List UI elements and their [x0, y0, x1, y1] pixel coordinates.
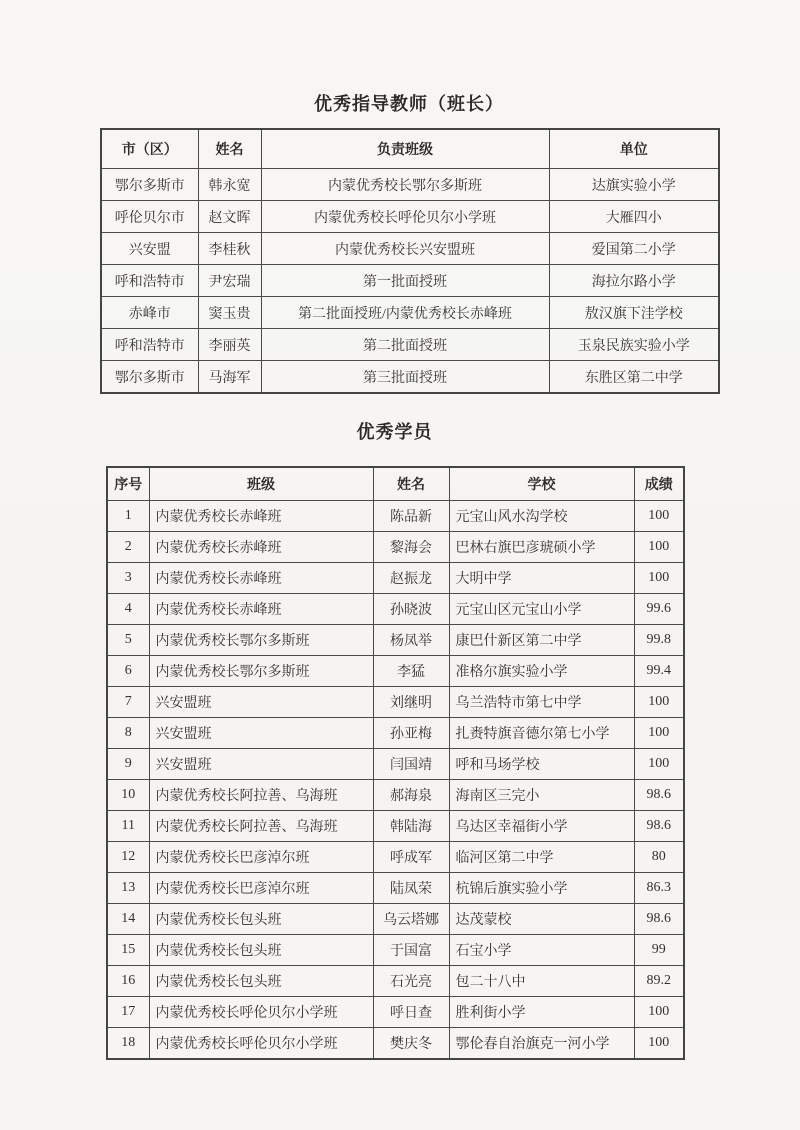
table-cell: 80	[634, 842, 684, 873]
table-cell: 大雁四小	[549, 201, 719, 233]
table-cell: 内蒙优秀校长赤峰班	[149, 594, 373, 625]
table-cell: 13	[107, 873, 149, 904]
table-cell: 9	[107, 749, 149, 780]
table-cell: 100	[634, 718, 684, 749]
table-cell: 元宝山风水沟学校	[449, 501, 634, 532]
header-cell: 市（区）	[101, 129, 198, 169]
table-cell: 1	[107, 501, 149, 532]
table-cell: 鄂尔多斯市	[101, 361, 198, 394]
table-cell: 99	[634, 935, 684, 966]
table-cell: 内蒙优秀校长呼伦贝尔小学班	[149, 1028, 373, 1060]
table-cell: 内蒙优秀校长巴彦淖尔班	[149, 842, 373, 873]
table-cell: 12	[107, 842, 149, 873]
table-row: 11内蒙优秀校长阿拉善、乌海班韩陆海乌达区幸福街小学98.6	[107, 811, 684, 842]
table-cell: 胜利街小学	[449, 997, 634, 1028]
table-cell: 呼伦贝尔市	[101, 201, 198, 233]
table-cell: 100	[634, 749, 684, 780]
table-cell: 爱国第二小学	[549, 233, 719, 265]
table-cell: 黎海会	[373, 532, 449, 563]
table-row: 14内蒙优秀校长包头班乌云塔娜达茂蒙校98.6	[107, 904, 684, 935]
table-cell: 呼和马场学校	[449, 749, 634, 780]
table-cell: 乌云塔娜	[373, 904, 449, 935]
table-row: 9兴安盟班闫国靖呼和马场学校100	[107, 749, 684, 780]
table-cell: 98.6	[634, 780, 684, 811]
table-cell: 10	[107, 780, 149, 811]
table-cell: 呼和浩特市	[101, 329, 198, 361]
header-cell: 姓名	[373, 467, 449, 501]
table-row: 16内蒙优秀校长包头班石光亮包二十八中89.2	[107, 966, 684, 997]
table-cell: 杨凤举	[373, 625, 449, 656]
table-cell: 99.8	[634, 625, 684, 656]
table-cell: 呼和浩特市	[101, 265, 198, 297]
table-cell: 兴安盟班	[149, 687, 373, 718]
table-cell: 陆凤荣	[373, 873, 449, 904]
table-row: 5内蒙优秀校长鄂尔多斯班杨凤举康巴什新区第二中学99.8	[107, 625, 684, 656]
table-cell: 包二十八中	[449, 966, 634, 997]
table-cell: 陈品新	[373, 501, 449, 532]
table-cell: 鄂尔多斯市	[101, 169, 198, 201]
table-cell: 99.6	[634, 594, 684, 625]
table-cell: 兴安盟班	[149, 718, 373, 749]
table-cell: 内蒙优秀校长阿拉善、乌海班	[149, 811, 373, 842]
table-cell: 准格尔旗实验小学	[449, 656, 634, 687]
table-cell: 内蒙优秀校长包头班	[149, 904, 373, 935]
table-cell: 韩永宽	[198, 169, 261, 201]
table-cell: 14	[107, 904, 149, 935]
teachers-table: 市（区）姓名负责班级单位鄂尔多斯市韩永宽内蒙优秀校长鄂尔多斯班达旗实验小学呼伦贝…	[100, 128, 720, 394]
table-cell: 100	[634, 1028, 684, 1060]
table-row: 6内蒙优秀校长鄂尔多斯班李猛准格尔旗实验小学99.4	[107, 656, 684, 687]
table-row: 18内蒙优秀校长呼伦贝尔小学班樊庆冬鄂伦春自治旗克一河小学100	[107, 1028, 684, 1060]
table-cell: 5	[107, 625, 149, 656]
table-cell: 4	[107, 594, 149, 625]
students-section-title: 优秀学员	[106, 418, 683, 444]
table-cell: 乌达区幸福街小学	[449, 811, 634, 842]
scanned-document-page: 优秀指导教师（班长） 市（区）姓名负责班级单位鄂尔多斯市韩永宽内蒙优秀校长鄂尔多…	[0, 0, 800, 1130]
table-cell: 3	[107, 563, 149, 594]
table-cell: 内蒙优秀校长阿拉善、乌海班	[149, 780, 373, 811]
table-cell: 兴安盟班	[149, 749, 373, 780]
table-cell: 李猛	[373, 656, 449, 687]
table-cell: 第二批面授班	[261, 329, 549, 361]
table-cell: 赤峰市	[101, 297, 198, 329]
table-cell: 86.3	[634, 873, 684, 904]
table-cell: 李丽英	[198, 329, 261, 361]
table-cell: 海南区三完小	[449, 780, 634, 811]
table-row: 呼伦贝尔市赵文晖内蒙优秀校长呼伦贝尔小学班大雁四小	[101, 201, 719, 233]
table-row: 10内蒙优秀校长阿拉善、乌海班郝海泉海南区三完小98.6	[107, 780, 684, 811]
table-cell: 16	[107, 966, 149, 997]
table-row: 8兴安盟班孙亚梅扎赉特旗音德尔第七小学100	[107, 718, 684, 749]
table-cell: 孙晓波	[373, 594, 449, 625]
table-cell: 刘继明	[373, 687, 449, 718]
table-cell: 100	[634, 501, 684, 532]
table-row: 7兴安盟班刘继明乌兰浩特市第七中学100	[107, 687, 684, 718]
header-cell: 单位	[549, 129, 719, 169]
table-cell: 内蒙优秀校长巴彦淖尔班	[149, 873, 373, 904]
table-cell: 闫国靖	[373, 749, 449, 780]
table-cell: 7	[107, 687, 149, 718]
table-cell: 赵文晖	[198, 201, 261, 233]
table-row: 3内蒙优秀校长赤峰班赵振龙大明中学100	[107, 563, 684, 594]
header-row: 市（区）姓名负责班级单位	[101, 129, 719, 169]
header-cell: 学校	[449, 467, 634, 501]
table-cell: 18	[107, 1028, 149, 1060]
table-cell: 杭锦后旗实验小学	[449, 873, 634, 904]
table-cell: 康巴什新区第二中学	[449, 625, 634, 656]
table-row: 4内蒙优秀校长赤峰班孙晓波元宝山区元宝山小学99.6	[107, 594, 684, 625]
table-row: 鄂尔多斯市韩永宽内蒙优秀校长鄂尔多斯班达旗实验小学	[101, 169, 719, 201]
table-row: 呼和浩特市李丽英第二批面授班玉泉民族实验小学	[101, 329, 719, 361]
teachers-section-title: 优秀指导教师（班长）	[100, 90, 718, 116]
table-cell: 元宝山区元宝山小学	[449, 594, 634, 625]
table-cell: 89.2	[634, 966, 684, 997]
table-cell: 樊庆冬	[373, 1028, 449, 1060]
header-cell: 成绩	[634, 467, 684, 501]
table-cell: 内蒙优秀校长鄂尔多斯班	[149, 656, 373, 687]
table-cell: 韩陆海	[373, 811, 449, 842]
table-cell: 鄂伦春自治旗克一河小学	[449, 1028, 634, 1060]
table-cell: 内蒙优秀校长兴安盟班	[261, 233, 549, 265]
table-row: 13内蒙优秀校长巴彦淖尔班陆凤荣杭锦后旗实验小学86.3	[107, 873, 684, 904]
table-cell: 石宝小学	[449, 935, 634, 966]
table-row: 12内蒙优秀校长巴彦淖尔班呼成军临河区第二中学80	[107, 842, 684, 873]
table-cell: 100	[634, 687, 684, 718]
table-cell: 郝海泉	[373, 780, 449, 811]
table-cell: 100	[634, 997, 684, 1028]
table-cell: 达旗实验小学	[549, 169, 719, 201]
table-cell: 内蒙优秀校长包头班	[149, 966, 373, 997]
table-cell: 8	[107, 718, 149, 749]
table-cell: 第三批面授班	[261, 361, 549, 394]
table-cell: 兴安盟	[101, 233, 198, 265]
table-cell: 内蒙优秀校长呼伦贝尔小学班	[261, 201, 549, 233]
table-cell: 临河区第二中学	[449, 842, 634, 873]
table-row: 鄂尔多斯市马海军第三批面授班东胜区第二中学	[101, 361, 719, 394]
header-row: 序号班级姓名学校成绩	[107, 467, 684, 501]
table-cell: 尹宏瑞	[198, 265, 261, 297]
table-cell: 李桂秋	[198, 233, 261, 265]
header-cell: 班级	[149, 467, 373, 501]
table-row: 2内蒙优秀校长赤峰班黎海会巴林右旗巴彦琥硕小学100	[107, 532, 684, 563]
table-cell: 100	[634, 563, 684, 594]
students-table: 序号班级姓名学校成绩1内蒙优秀校长赤峰班陈品新元宝山风水沟学校1002内蒙优秀校…	[106, 466, 685, 1060]
table-cell: 17	[107, 997, 149, 1028]
table-row: 17内蒙优秀校长呼伦贝尔小学班呼日查胜利街小学100	[107, 997, 684, 1028]
table-cell: 内蒙优秀校长赤峰班	[149, 532, 373, 563]
table-cell: 东胜区第二中学	[549, 361, 719, 394]
header-cell: 序号	[107, 467, 149, 501]
table-cell: 98.6	[634, 904, 684, 935]
table-cell: 第二批面授班/内蒙优秀校长赤峰班	[261, 297, 549, 329]
table-cell: 内蒙优秀校长赤峰班	[149, 501, 373, 532]
table-cell: 呼成军	[373, 842, 449, 873]
table-cell: 海拉尔路小学	[549, 265, 719, 297]
table-cell: 乌兰浩特市第七中学	[449, 687, 634, 718]
table-row: 1内蒙优秀校长赤峰班陈品新元宝山风水沟学校100	[107, 501, 684, 532]
table-cell: 玉泉民族实验小学	[549, 329, 719, 361]
table-cell: 石光亮	[373, 966, 449, 997]
table-cell: 2	[107, 532, 149, 563]
table-cell: 巴林右旗巴彦琥硕小学	[449, 532, 634, 563]
table-cell: 第一批面授班	[261, 265, 549, 297]
table-cell: 于国富	[373, 935, 449, 966]
table-cell: 孙亚梅	[373, 718, 449, 749]
table-cell: 内蒙优秀校长包头班	[149, 935, 373, 966]
table-cell: 内蒙优秀校长鄂尔多斯班	[261, 169, 549, 201]
table-cell: 98.6	[634, 811, 684, 842]
table-cell: 大明中学	[449, 563, 634, 594]
table-cell: 内蒙优秀校长呼伦贝尔小学班	[149, 997, 373, 1028]
table-cell: 窦玉贵	[198, 297, 261, 329]
table-cell: 15	[107, 935, 149, 966]
table-cell: 99.4	[634, 656, 684, 687]
table-cell: 敖汉旗下洼学校	[549, 297, 719, 329]
header-cell: 负责班级	[261, 129, 549, 169]
table-cell: 达茂蒙校	[449, 904, 634, 935]
table-row: 兴安盟李桂秋内蒙优秀校长兴安盟班爱国第二小学	[101, 233, 719, 265]
table-cell: 11	[107, 811, 149, 842]
table-cell: 6	[107, 656, 149, 687]
table-row: 呼和浩特市尹宏瑞第一批面授班海拉尔路小学	[101, 265, 719, 297]
table-cell: 扎赉特旗音德尔第七小学	[449, 718, 634, 749]
table-cell: 100	[634, 532, 684, 563]
header-cell: 姓名	[198, 129, 261, 169]
table-cell: 赵振龙	[373, 563, 449, 594]
table-cell: 内蒙优秀校长鄂尔多斯班	[149, 625, 373, 656]
table-cell: 内蒙优秀校长赤峰班	[149, 563, 373, 594]
table-row: 赤峰市窦玉贵第二批面授班/内蒙优秀校长赤峰班敖汉旗下洼学校	[101, 297, 719, 329]
table-row: 15内蒙优秀校长包头班于国富石宝小学99	[107, 935, 684, 966]
table-cell: 马海军	[198, 361, 261, 394]
table-cell: 呼日查	[373, 997, 449, 1028]
